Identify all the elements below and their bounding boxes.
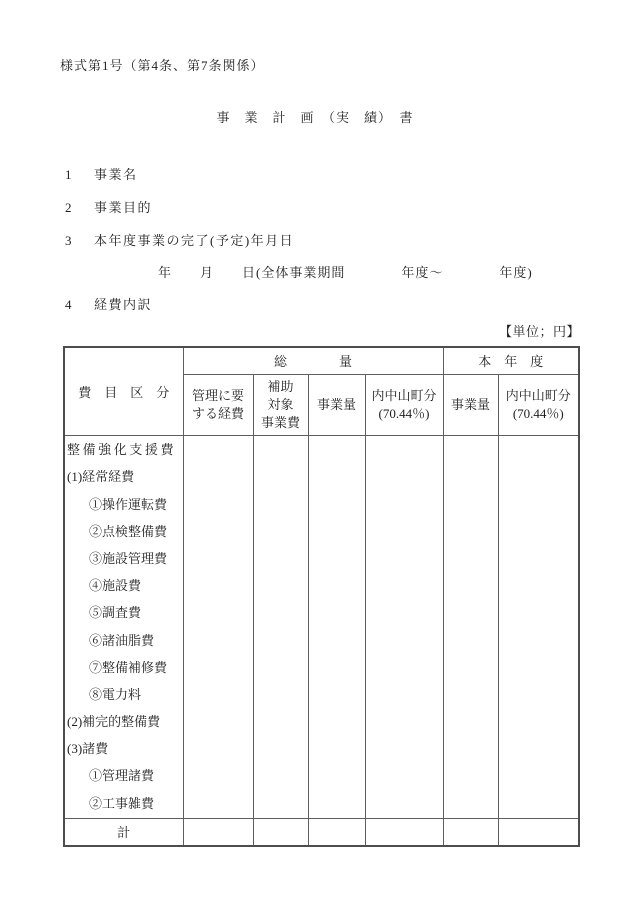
row-label: ⑤調査費 (65, 599, 183, 626)
header-current-year-group: 本 年 度 (443, 347, 579, 374)
header-total-group: 総 量 (183, 347, 443, 374)
numbered-item-4: 4経費内訳 (65, 294, 152, 313)
empty-data-cell (443, 818, 498, 846)
empty-data-cell (253, 818, 308, 846)
row-label: ③施設管理費 (65, 545, 183, 572)
row-labels-cell: 整備強化支援費(1)経常経費①操作運転費②点検整備費③施設管理費④施設費⑤調査費… (64, 435, 183, 818)
empty-data-cell (498, 435, 579, 818)
header-line: 内中山町分 (499, 387, 579, 405)
header-item-category: 費 目 区 分 (64, 347, 183, 435)
item-label: 本年度事業の完了(予定)年月日 (94, 233, 294, 248)
empty-data-cell (498, 818, 579, 846)
header-line: する経費 (184, 405, 253, 423)
empty-data-cell (308, 435, 365, 818)
header-line: 事業費 (254, 414, 308, 432)
item-label: 事業名 (94, 167, 138, 182)
table-header: 費 目 区 分 総 量 本 年 度 管理に要する経費補助対象事業費事業量内中山町… (64, 347, 579, 435)
row-label: ⑦整備補修費 (65, 654, 183, 681)
item-number: 3 (65, 233, 94, 249)
header-line: (70.44％) (499, 405, 579, 423)
date-period-line: 年 月 日(全体事業期間 年度～ 年度) (158, 262, 533, 281)
numbered-item-1: 1事業名 (65, 164, 138, 183)
row-label: 整備強化支援費 (65, 436, 183, 463)
header-line: 事業量 (309, 396, 365, 414)
row-label: ①管理諸費 (65, 762, 183, 789)
row-label: ⑥諸油脂費 (65, 627, 183, 654)
row-label: (3)諸費 (65, 735, 183, 762)
row-label: ⑧電力料 (65, 681, 183, 708)
empty-data-cell (308, 818, 365, 846)
row-label: ②点検整備費 (65, 518, 183, 545)
document-page: 様式第1号（第4条、第7条関係） 事 業 計 画 （実 績） 書 1事業名2事業… (0, 0, 630, 903)
item-label: 経費内訳 (94, 297, 152, 312)
item-number: 1 (65, 167, 94, 183)
numbered-items: 1事業名2事業目的3本年度事業の完了(予定)年月日年 月 日(全体事業期間 年度… (65, 0, 595, 320)
row-label: ②工事雑費 (65, 790, 183, 817)
empty-data-cell (183, 435, 253, 818)
table-body-row: 整備強化支援費(1)経常経費①操作運転費②点検整備費③施設管理費④施設費⑤調査費… (64, 435, 579, 818)
header-nakayama-share-year: 内中山町分(70.44％) (498, 374, 579, 435)
item-number: 2 (65, 200, 94, 216)
item-number: 4 (65, 297, 94, 313)
header-line: 事業量 (444, 396, 498, 414)
header-line: 補助 (254, 378, 308, 396)
header-line: (70.44％) (366, 405, 443, 423)
header-line: 内中山町分 (366, 387, 443, 405)
empty-data-cell (443, 435, 498, 818)
expense-breakdown-table: 費 目 区 分 総 量 本 年 度 管理に要する経費補助対象事業費事業量内中山町… (63, 346, 580, 847)
unit-label: 【単位；円】 (499, 321, 580, 340)
header-management-expense: 管理に要する経費 (183, 374, 253, 435)
row-label: ④施設費 (65, 572, 183, 599)
item-label: 事業目的 (94, 200, 152, 215)
header-line: 管理に要 (184, 387, 253, 405)
row-label: ①操作運転費 (65, 491, 183, 518)
header-business-volume-total: 事業量 (308, 374, 365, 435)
empty-data-cell (365, 435, 443, 818)
header-subsidy-target-cost: 補助対象事業費 (253, 374, 308, 435)
header-line: 対象 (254, 396, 308, 414)
row-label: (2)補完的整備費 (65, 708, 183, 735)
empty-data-cell (253, 435, 308, 818)
table-total-row: 計 (64, 818, 579, 846)
numbered-item-3: 3本年度事業の完了(予定)年月日 (65, 230, 294, 249)
header-business-volume-year: 事業量 (443, 374, 498, 435)
total-row-label: 計 (64, 818, 183, 846)
empty-data-cell (365, 818, 443, 846)
numbered-item-2: 2事業目的 (65, 197, 152, 216)
empty-data-cell (183, 818, 253, 846)
row-label: (1)経常経費 (65, 463, 183, 490)
header-nakayama-share-total: 内中山町分(70.44％) (365, 374, 443, 435)
